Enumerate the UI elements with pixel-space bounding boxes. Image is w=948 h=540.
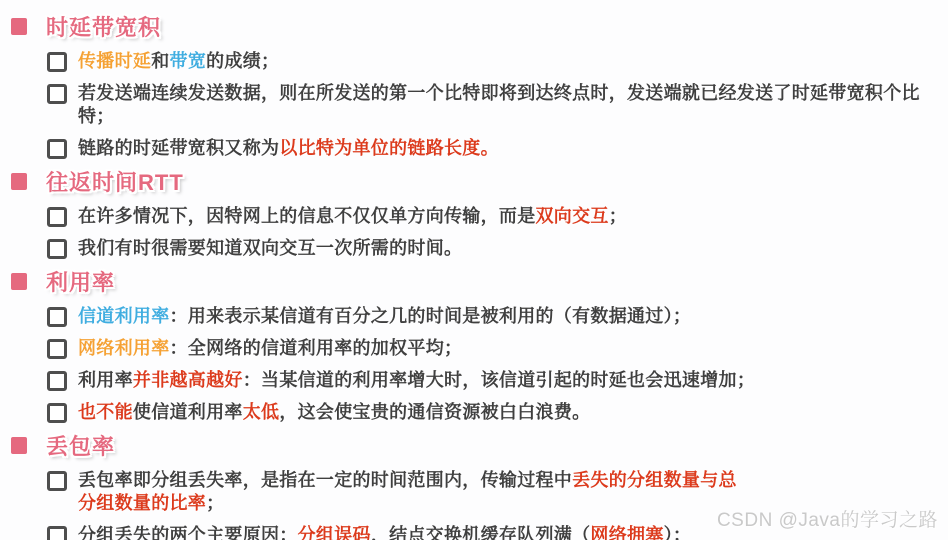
- slide: 时延带宽积传播时延和带宽的成绩；若发送端连续发送数据，则在所发送的第一个比特即将…: [0, 0, 948, 540]
- checkbox-icon[interactable]: [47, 371, 67, 391]
- text-run: 信道利用率: [78, 306, 170, 326]
- text-run: 分组丢失的两个主要原因：: [78, 525, 298, 540]
- checkbox-icon[interactable]: [47, 403, 67, 423]
- item-text: 网络利用率：全网络的信道利用率的加权平均；: [78, 337, 462, 360]
- item-text: 传播时延和带宽的成绩；: [78, 50, 279, 73]
- section-header: 往返时间RTT: [11, 169, 948, 193]
- text-run: 网络利用率: [78, 338, 170, 358]
- text-run: 的成绩；: [206, 51, 279, 71]
- checklist-item: 链路的时延带宽积又称为以比特为单位的链路长度。: [47, 137, 948, 160]
- item-text: 在许多情况下，因特网上的信息不仅仅单方向传输，而是双向交互；: [78, 205, 627, 228]
- item-text: 分组丢失的两个主要原因：分组误码，结点交换机缓存队列满（网络拥塞）；: [78, 524, 691, 540]
- text-run: 若发送端连续发送数据，则在所发送的第一个比特即将到达终点时，发送端就已经发送了时…: [78, 83, 920, 126]
- text-run: ：用来表示某信道有百分之几的时间是被利用的（有数据通过）；: [170, 306, 692, 326]
- section-title: 丢包率: [46, 430, 115, 461]
- text-run: ；: [609, 206, 627, 226]
- checklist-item: 也不能使信道利用率太低，这会使宝贵的通信资源被白白浪费。: [47, 401, 948, 424]
- text-run: 以比特为单位的链路长度。: [279, 138, 499, 158]
- checkbox-icon[interactable]: [47, 239, 67, 259]
- section-bullet-icon: [11, 437, 27, 454]
- text-run: ；: [206, 493, 224, 513]
- section-bullet-icon: [11, 273, 27, 290]
- checklist-item: 信道利用率：用来表示某信道有百分之几的时间是被利用的（有数据通过）；: [47, 305, 948, 328]
- section-bullet-icon: [11, 18, 27, 35]
- text-run: ）；: [664, 525, 692, 540]
- checkbox-icon[interactable]: [47, 139, 67, 159]
- watermark: CSDN @Java的学习之路: [717, 505, 938, 532]
- item-text: 信道利用率：用来表示某信道有百分之几的时间是被利用的（有数据通过）；: [78, 305, 691, 328]
- text-run: 双向交互: [536, 206, 609, 226]
- section-header: 利用率: [11, 269, 948, 293]
- section-title: 往返时间RTT: [46, 166, 184, 197]
- text-run: 带宽: [170, 51, 207, 71]
- checklist-content: 时延带宽积传播时延和带宽的成绩；若发送端连续发送数据，则在所发送的第一个比特即将…: [0, 14, 948, 540]
- checkbox-icon[interactable]: [47, 84, 67, 104]
- checklist-item: 网络利用率：全网络的信道利用率的加权平均；: [47, 337, 948, 360]
- text-run: ：当某信道的利用率增大时，该信道引起的时延也会迅速增加；: [243, 370, 755, 390]
- item-text: 链路的时延带宽积又称为以比特为单位的链路长度。: [78, 137, 499, 160]
- item-text: 我们有时很需要知道双向交互一次所需的时间。: [78, 237, 462, 260]
- item-text: 丢包率即分组丢失率，是指在一定的时间范围内，传输过程中丢失的分组数量与总分组数量…: [78, 469, 738, 515]
- text-run: ，这会使宝贵的通信资源被白白浪费。: [279, 402, 590, 422]
- checkbox-icon[interactable]: [47, 526, 67, 540]
- text-run: 我们有时很需要知道双向交互一次所需的时间。: [78, 238, 462, 258]
- section-title: 利用率: [46, 266, 115, 297]
- section-title: 时延带宽积: [46, 11, 161, 42]
- text-run: 也不能: [78, 402, 133, 422]
- text-run: 网络拥塞: [590, 525, 663, 540]
- text-run: ：全网络的信道利用率的加权平均；: [170, 338, 463, 358]
- checkbox-icon[interactable]: [47, 471, 67, 491]
- text-run: 传播时延: [78, 51, 151, 71]
- text-run: 丢包率即分组丢失率，是指在一定的时间范围内，传输过程中: [78, 470, 572, 490]
- checklist-item: 在许多情况下，因特网上的信息不仅仅单方向传输，而是双向交互；: [47, 205, 948, 228]
- section-bullet-icon: [11, 173, 27, 190]
- checklist-item: 利用率并非越高越好：当某信道的利用率增大时，该信道引起的时延也会迅速增加；: [47, 369, 948, 392]
- checkbox-icon[interactable]: [47, 339, 67, 359]
- checklist-item: 传播时延和带宽的成绩；: [47, 50, 948, 73]
- text-run: 并非越高越好: [133, 370, 243, 390]
- text-run: 太低: [243, 402, 280, 422]
- item-text: 利用率并非越高越好：当某信道的利用率增大时，该信道引起的时延也会迅速增加；: [78, 369, 755, 392]
- text-run: ，结点交换机缓存队列满（: [371, 525, 591, 540]
- item-text: 若发送端连续发送数据，则在所发送的第一个比特即将到达终点时，发送端就已经发送了时…: [78, 82, 948, 128]
- checkbox-icon[interactable]: [47, 52, 67, 72]
- text-run: 分组误码: [298, 525, 371, 540]
- checkbox-icon[interactable]: [47, 207, 67, 227]
- text-run: 在许多情况下，因特网上的信息不仅仅单方向传输，而是: [78, 206, 536, 226]
- text-run: 和: [151, 51, 169, 71]
- checklist-item: 若发送端连续发送数据，则在所发送的第一个比特即将到达终点时，发送端就已经发送了时…: [47, 82, 948, 128]
- text-run: 利用率: [78, 370, 133, 390]
- text-run: 使信道利用率: [133, 402, 243, 422]
- section-header: 丢包率: [11, 433, 948, 457]
- item-text: 也不能使信道利用率太低，这会使宝贵的通信资源被白白浪费。: [78, 401, 590, 424]
- checklist-item: 我们有时很需要知道双向交互一次所需的时间。: [47, 237, 948, 260]
- text-run: 链路的时延带宽积又称为: [78, 138, 279, 158]
- section-header: 时延带宽积: [11, 14, 948, 38]
- checkbox-icon[interactable]: [47, 307, 67, 327]
